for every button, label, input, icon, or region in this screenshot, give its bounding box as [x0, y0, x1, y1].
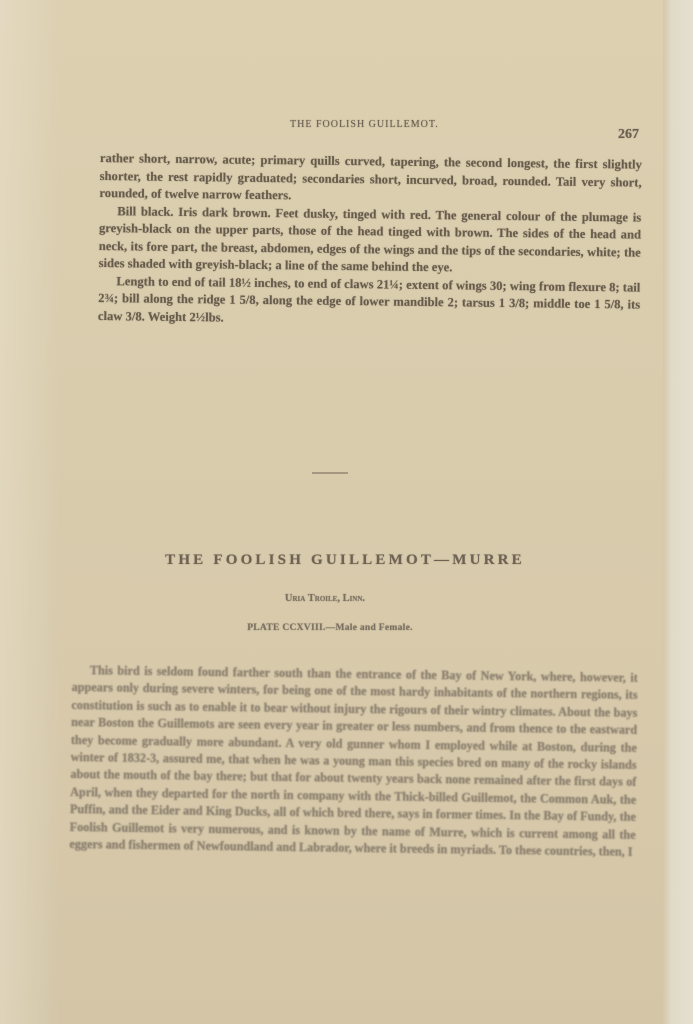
running-head: THE FOOLISH GUILLEMOT.	[290, 119, 439, 130]
chapter-title: THE FOOLISH GUILLEMOT—MURRE	[120, 552, 570, 569]
plate-reference: PLATE CCXVIII.—Male and Female.	[160, 623, 500, 633]
measurements-paragraph: Length to end of tail 18½ inches, to end…	[98, 272, 641, 331]
facing-page-edge	[663, 0, 693, 1024]
page-number: 267	[618, 127, 639, 143]
description-block: rather short, narrow, acute; primary qui…	[98, 150, 642, 332]
section-separator-rule	[312, 472, 348, 474]
latin-name: Uria Troile, Linn.	[200, 593, 450, 604]
description-paragraph: Bill black. Iris dark brown. Feet dusky,…	[99, 202, 642, 279]
narrative-paragraph: This bird is seldom found farther south …	[69, 662, 638, 861]
description-paragraph: rather short, narrow, acute; primary qui…	[99, 150, 642, 209]
book-page: THE FOOLISH GUILLEMOT. 267 rather short,…	[0, 0, 665, 1024]
narrative-block: This bird is seldom found farther south …	[69, 662, 638, 861]
